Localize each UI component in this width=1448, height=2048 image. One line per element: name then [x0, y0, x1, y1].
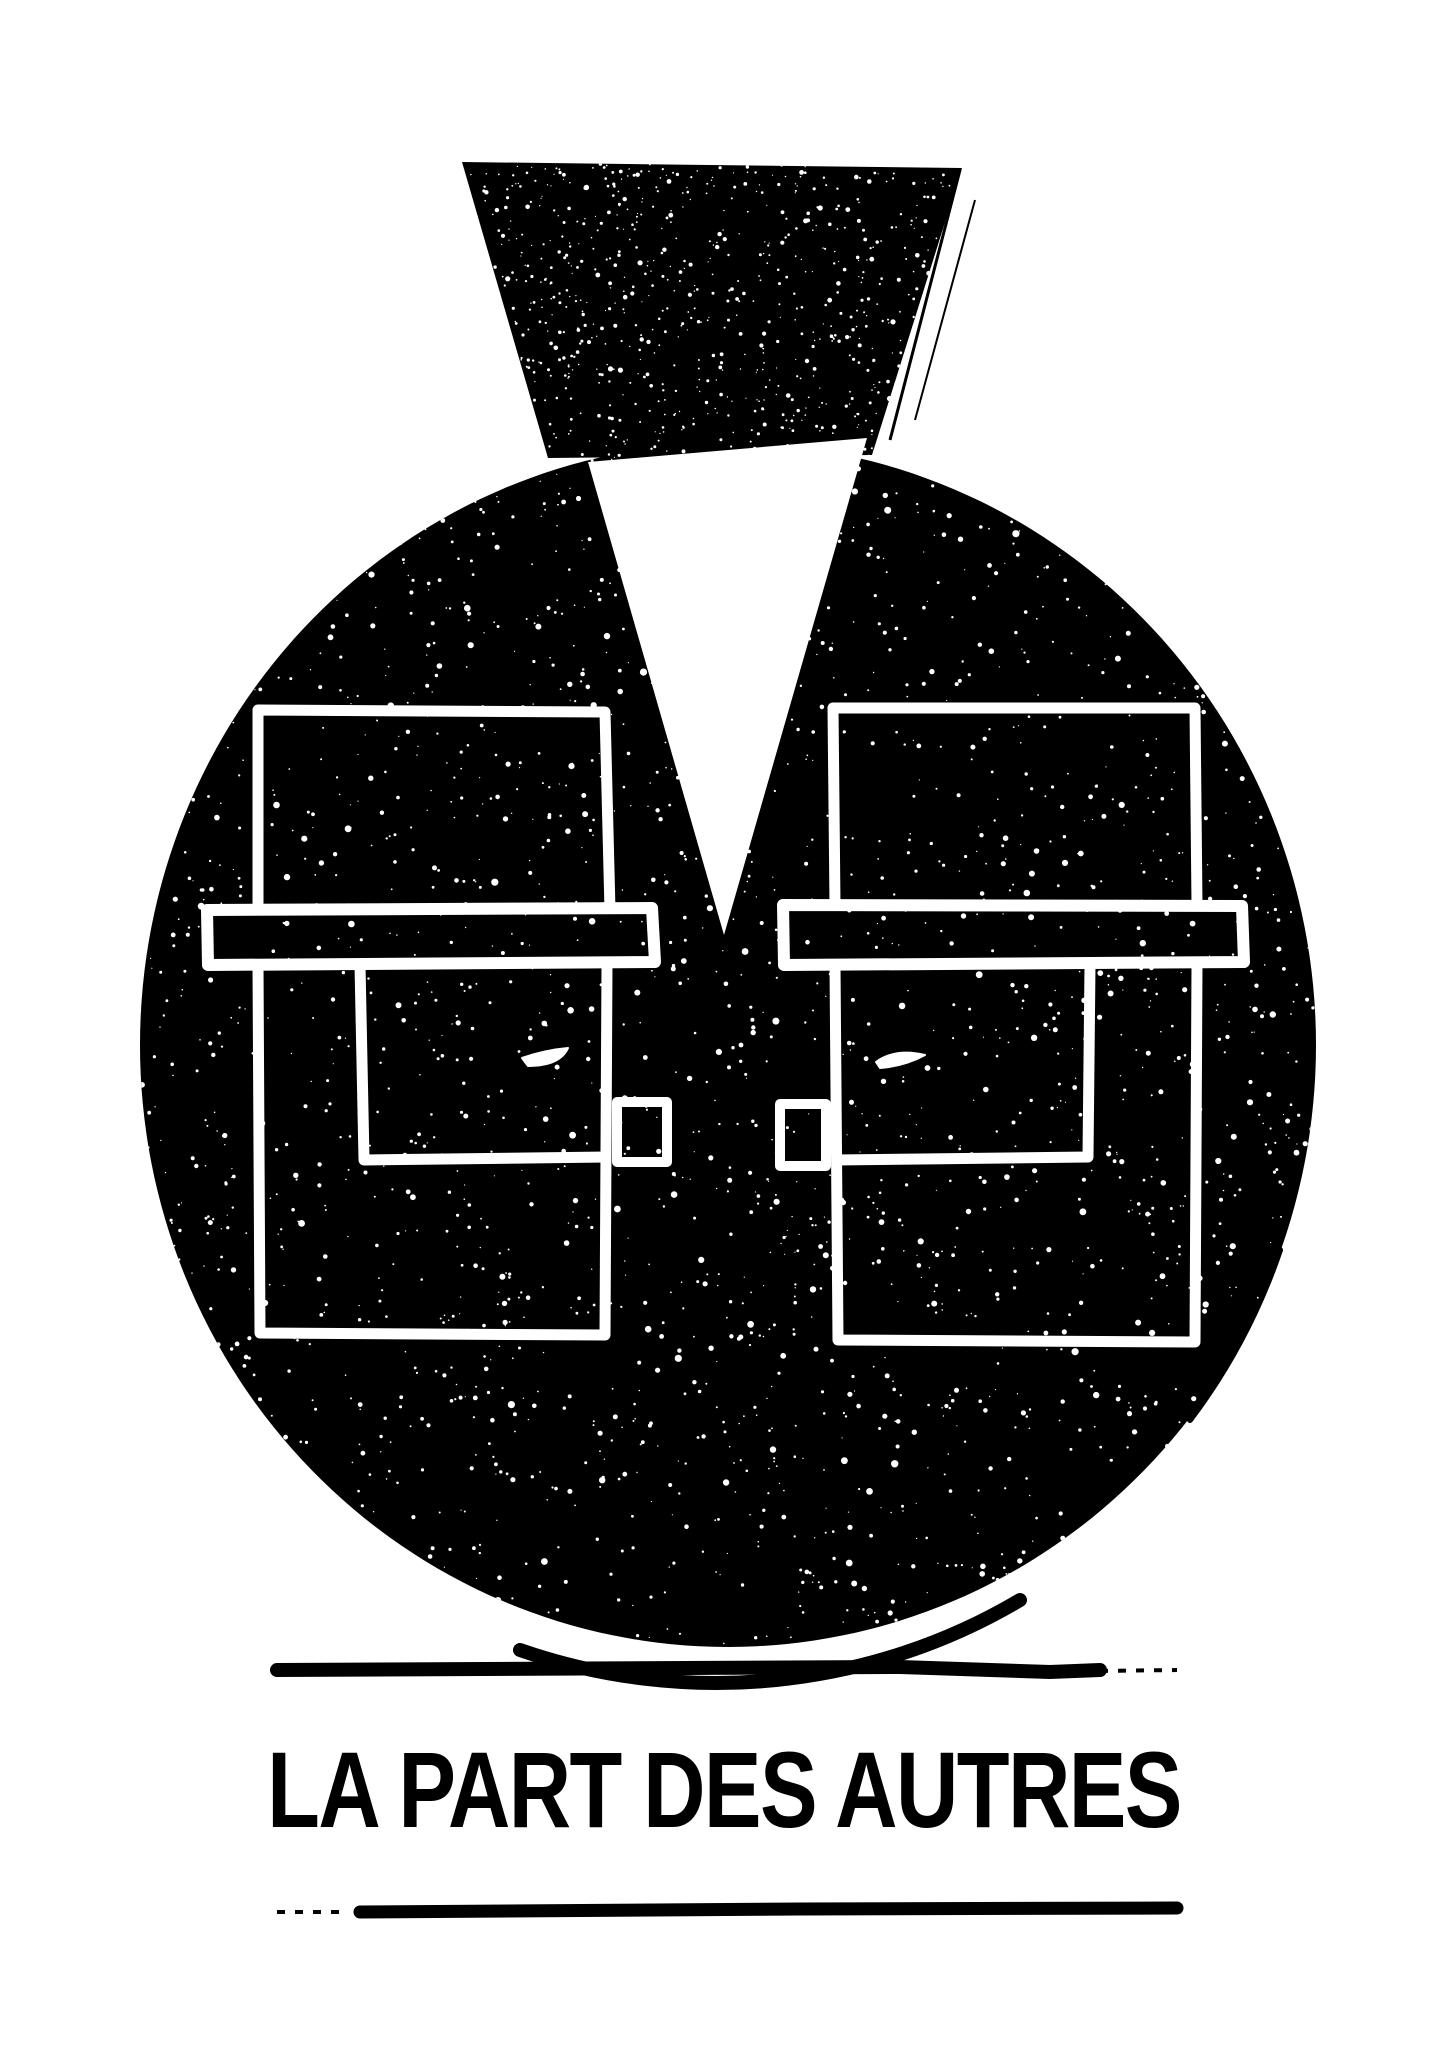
poster-title: LA PART DES AUTRES — [145, 1736, 1303, 1844]
trapezoid-hat — [462, 162, 962, 458]
divider-top — [277, 1667, 1177, 1672]
divider-bottom — [277, 1908, 1177, 1912]
